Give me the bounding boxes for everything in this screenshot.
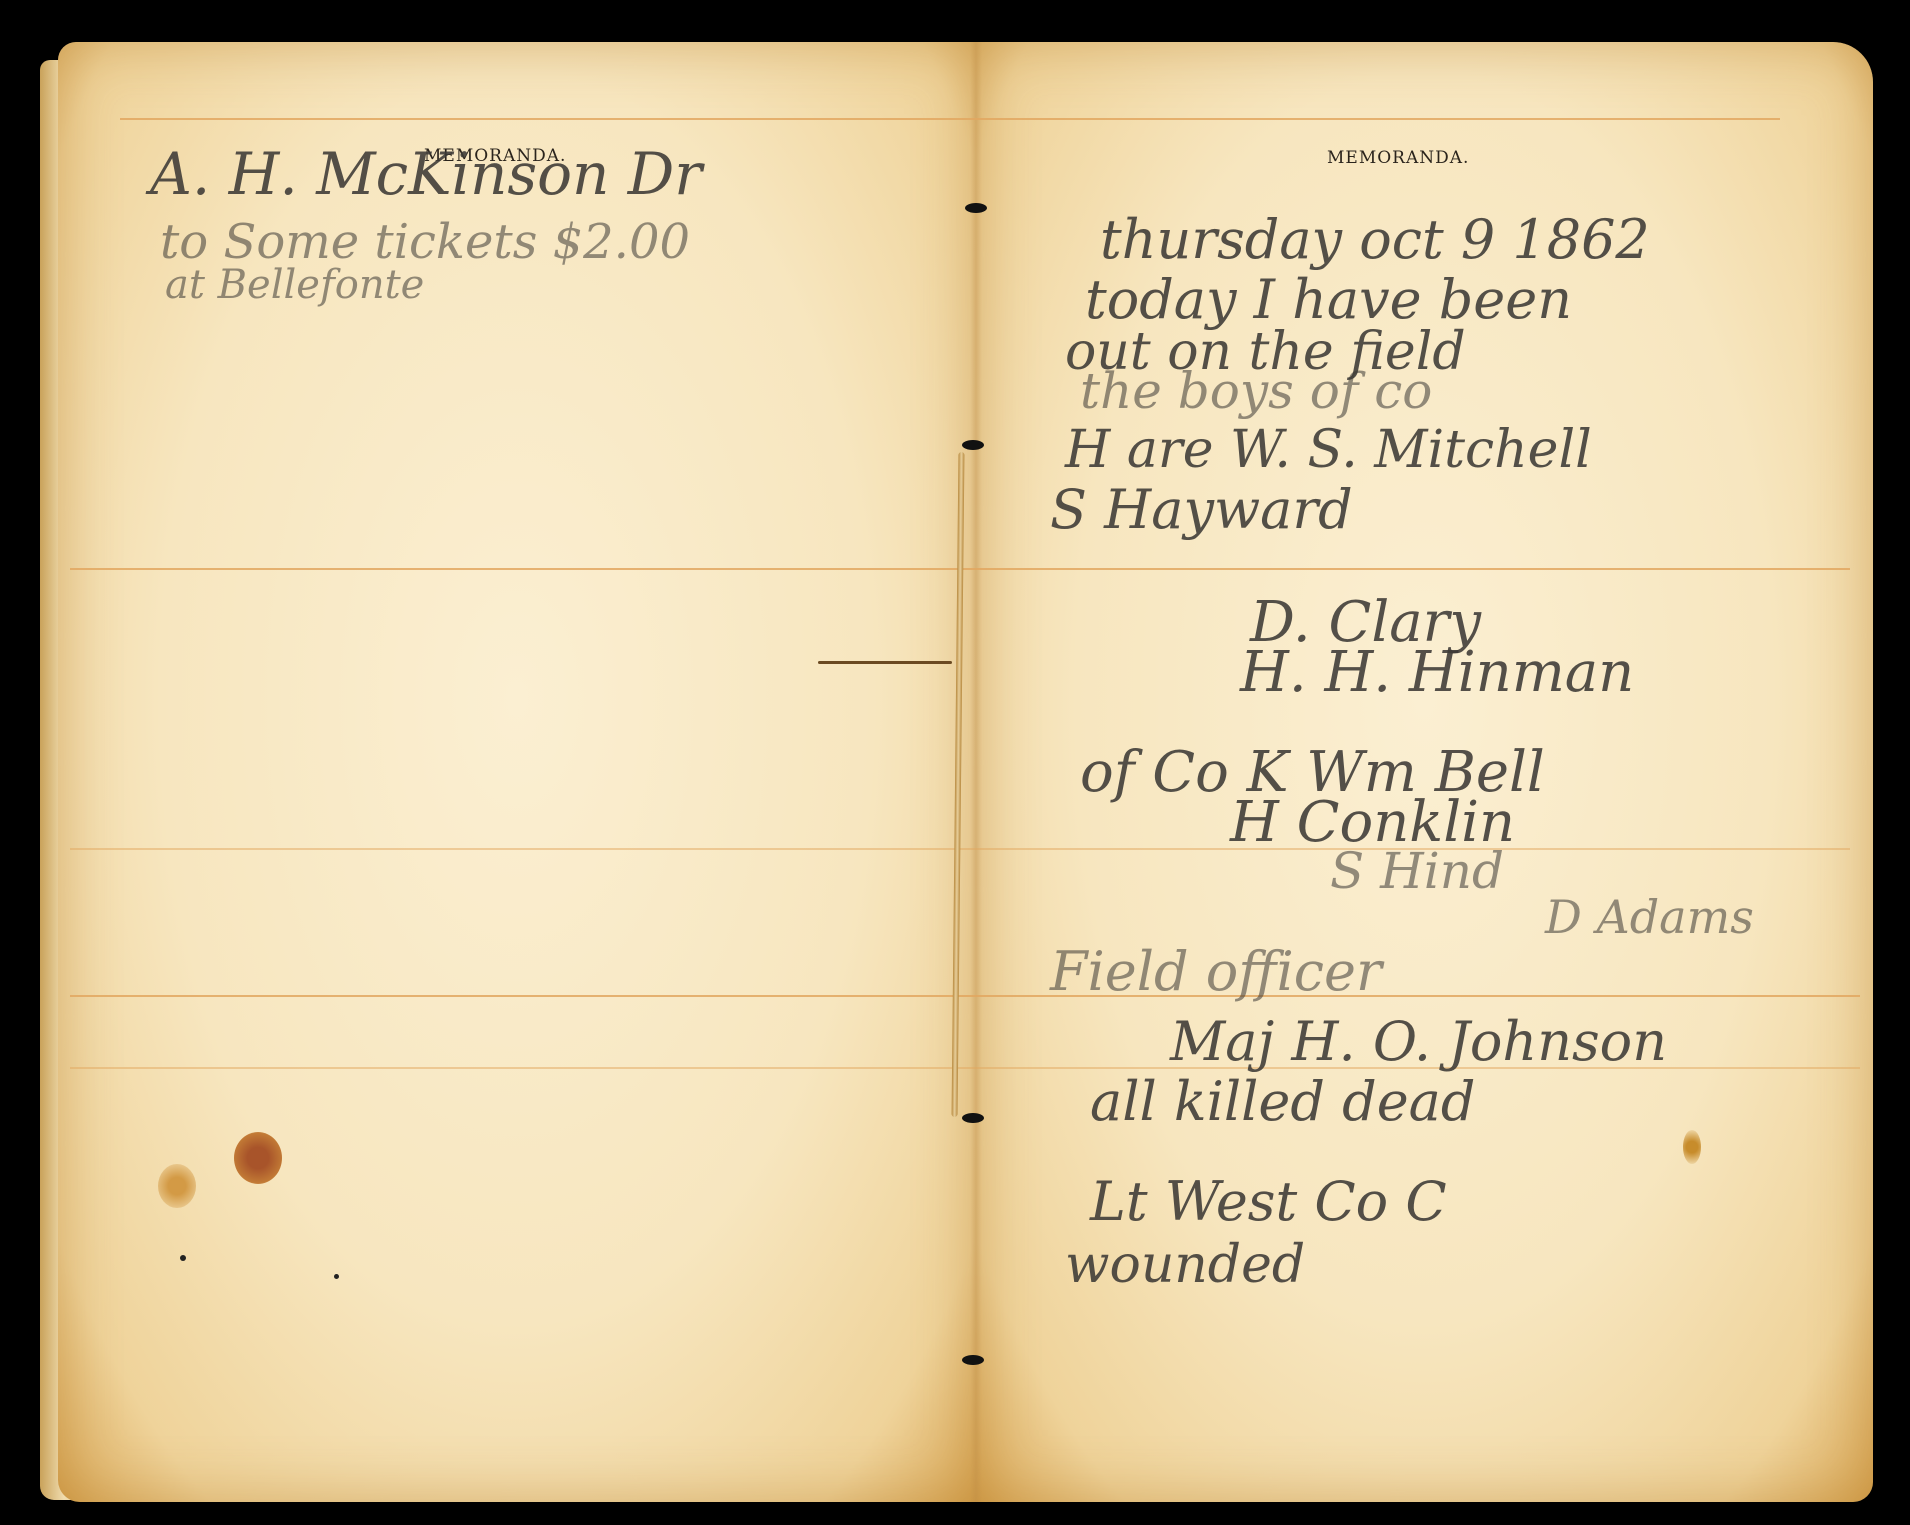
handwritten-line: S Hind <box>1330 842 1504 900</box>
handwritten-line: H. H. Hinman <box>1240 640 1634 705</box>
handwritten-line: S Hayward <box>1050 478 1353 541</box>
handwritten-line: A. H. McKinson Dr <box>150 140 702 208</box>
ink-speck <box>334 1274 339 1279</box>
handwritten-line: the boys of co <box>1080 362 1432 420</box>
stain-spot <box>234 1132 282 1184</box>
ruled-line <box>120 118 1780 120</box>
handwritten-line: at Bellefonte <box>165 262 424 308</box>
handwritten-line: H are W. S. Mitchell <box>1065 420 1592 480</box>
handwritten-line: Field officer <box>1050 940 1382 1003</box>
handwritten-line: all killed dead <box>1090 1070 1475 1133</box>
handwritten-line: Lt West Co C <box>1090 1170 1447 1233</box>
ruled-line <box>70 995 1860 997</box>
binding-hole <box>962 440 984 450</box>
right-page-header: MEMORANDA. <box>1327 148 1469 168</box>
stain-spot <box>1683 1130 1701 1164</box>
binding-hole <box>962 1113 984 1123</box>
page-crease <box>818 661 952 664</box>
ink-speck <box>180 1255 186 1261</box>
handwritten-line: D Adams <box>1545 890 1754 944</box>
binding-hole <box>965 203 987 213</box>
stain-spot <box>158 1164 196 1208</box>
handwritten-line: thursday oct 9 1862 <box>1100 208 1650 271</box>
binding-hole <box>962 1355 984 1365</box>
handwritten-line: wounded <box>1065 1235 1305 1295</box>
open-notebook: MEMORANDA. MEMORANDA. A. H. McKinson Dr … <box>0 0 1910 1525</box>
handwritten-line: Maj H. O. Johnson <box>1170 1010 1667 1073</box>
gutter-fold <box>970 42 982 1502</box>
